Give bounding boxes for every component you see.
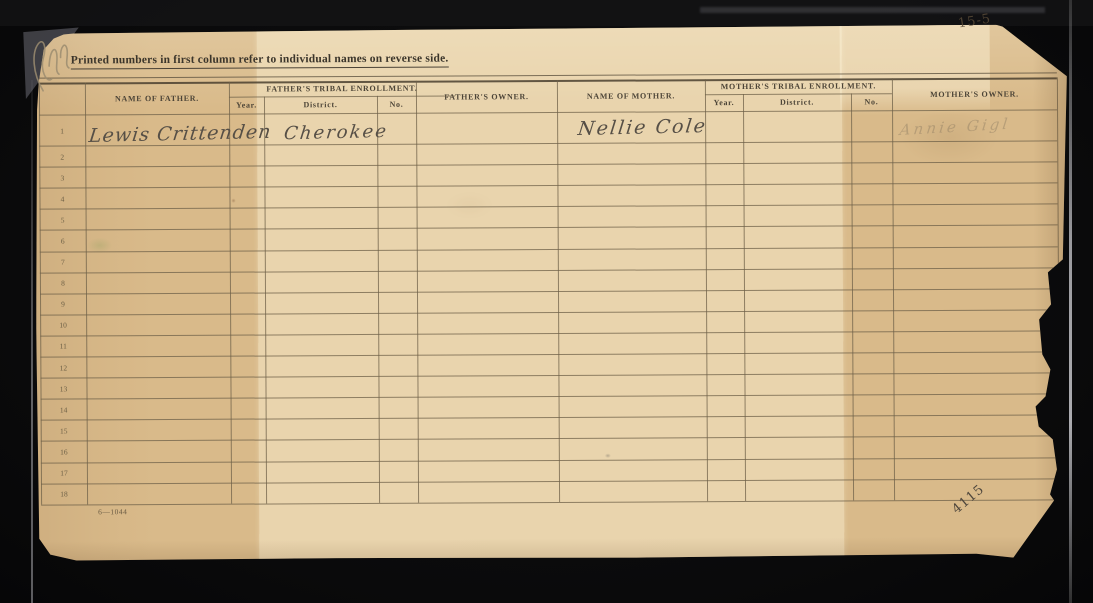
- handwritten-mother-owner-faint: Annie Gigl: [899, 115, 1012, 139]
- column-header-father-name: NAME OF FATHER.: [85, 82, 229, 115]
- sleeve-top-edge-reflection: [700, 7, 1045, 13]
- handwritten-mother-name: Nellie Cole: [577, 115, 709, 140]
- row-number: 6: [40, 236, 86, 245]
- enrollment-card: Printed numbers in first column refer to…: [34, 24, 1072, 562]
- form-print-code: 6—1044: [98, 507, 127, 516]
- printed-note: Printed numbers in first column refer to…: [71, 53, 449, 70]
- column-header-mother-owner: MOTHER'S OWNER.: [892, 77, 1057, 110]
- subcolumn-header-mother-year: Year.: [705, 94, 743, 111]
- handwritten-father-name: Lewis Crittenden: [88, 121, 273, 147]
- row-number: 9: [40, 300, 86, 309]
- subcolumn-header-mother-no: No.: [851, 93, 892, 110]
- row-number: 15: [41, 426, 87, 435]
- row-number: 8: [40, 279, 86, 288]
- row-number: 11: [40, 342, 86, 351]
- scanner-background: Printed numbers in first column refer to…: [0, 0, 1093, 603]
- row-number: 7: [40, 257, 86, 266]
- row-number: 18: [41, 490, 87, 499]
- row-number: 2: [39, 152, 85, 161]
- column-header-mother-enrollment: MOTHER'S TRIBAL ENROLLMENT.: [705, 78, 892, 94]
- subcolumn-header-father-year: Year.: [229, 97, 264, 114]
- table-line: [851, 93, 854, 500]
- column-header-mother-name: NAME OF MOTHER.: [557, 79, 705, 112]
- row-number: 10: [40, 321, 86, 330]
- handwritten-father-district: Cherokee: [283, 121, 389, 144]
- subcolumn-header-mother-district: District.: [743, 93, 851, 111]
- row-number: 4: [39, 194, 85, 203]
- table-line: [1057, 77, 1060, 499]
- row-number: 1: [39, 126, 85, 135]
- row-number: 12: [40, 363, 86, 372]
- row-number: 13: [40, 384, 86, 393]
- row-number: 14: [41, 405, 87, 414]
- subcolumn-header-father-no: No.: [377, 96, 416, 113]
- row-number: 3: [39, 173, 85, 182]
- row-number: 17: [41, 468, 87, 477]
- subcolumn-header-father-district: District.: [264, 96, 377, 114]
- sleeve-top-shadow: [0, 0, 1093, 26]
- row-number: 16: [41, 447, 87, 456]
- sleeve-left-edge-reflection: [31, 80, 33, 603]
- row-number: 5: [40, 215, 86, 224]
- sleeve-right-edge-reflection: [1069, 0, 1072, 603]
